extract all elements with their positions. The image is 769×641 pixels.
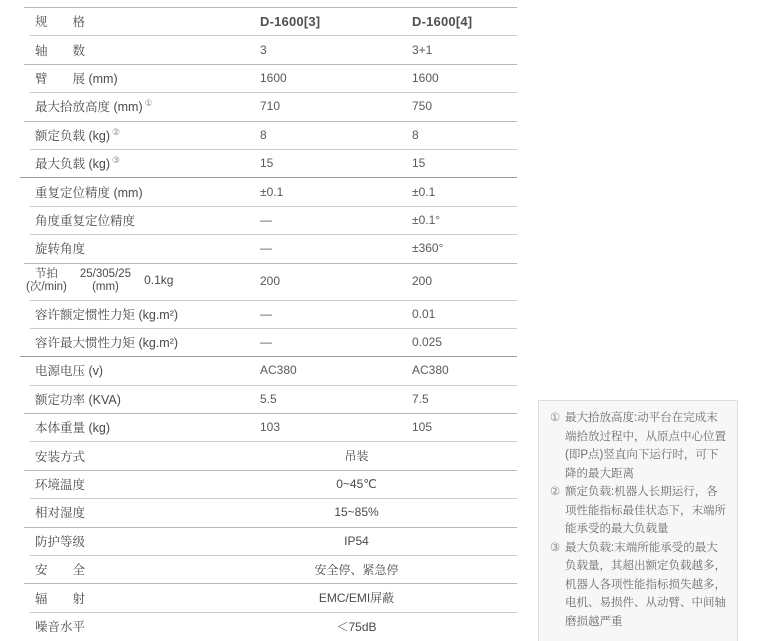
spec-shared-value: 0~45℃ <box>228 477 485 491</box>
spec-row: 本体重量 (kg)103105 <box>20 413 517 441</box>
cycle-rate-unit: 节拍(次/min) <box>26 268 67 295</box>
cycle-path-unit-label: (mm) <box>92 281 119 295</box>
spec-value-col2: 0.01 <box>412 307 517 321</box>
spec-value-col1: — <box>260 241 412 255</box>
spec-label-text: 相对湿度 <box>35 506 85 520</box>
spec-label-text: 防护等级 <box>35 535 85 549</box>
spec-value-col1: 5.5 <box>260 392 412 406</box>
spec-label-text: 安 全 <box>35 563 85 577</box>
spec-label: 噪音水平 <box>20 617 260 635</box>
spec-value-col1: — <box>260 213 412 227</box>
spec-label: 重复定位精度 (mm) <box>20 183 260 201</box>
spec-label: 规 格 <box>20 12 260 30</box>
spec-row: 容许最大惯性力矩 (kg.m²)—0.025 <box>20 328 517 356</box>
spec-label-text: 噪音水平 <box>35 620 85 634</box>
spec-value-col2: AC380 <box>412 363 517 377</box>
spec-row: 安 全安全停、紧急停 <box>20 555 517 583</box>
spec-label: 臂 展 (mm) <box>20 69 260 87</box>
footnote-text: 最大拾放高度:动平台在完成末端拾放过程中，从原点中心位置(即P点)竖直向下运行时… <box>565 409 729 483</box>
spec-value-col1: AC380 <box>260 363 412 377</box>
spec-row: 重复定位精度 (mm)±0.1±0.1 <box>20 177 517 205</box>
spec-label-text: 额定负载 (kg) <box>35 129 110 143</box>
footnote-number-icon: ② <box>545 483 565 539</box>
spec-value-col1: 103 <box>260 420 412 434</box>
spec-value-col2: 200 <box>412 274 517 288</box>
spec-label-text: 辐 射 <box>35 592 85 606</box>
spec-value-col1: 3 <box>260 43 412 57</box>
spec-label-text: 额定功率 (KVA) <box>35 393 121 407</box>
spec-label: 最大负载 (kg)③ <box>20 154 260 172</box>
spec-value-col2: 0.025 <box>412 335 517 349</box>
spec-label-text: 臂 展 (mm) <box>35 72 118 86</box>
spec-label: 容许最大惯性力矩 (kg.m²) <box>20 333 260 351</box>
spec-row: 噪音水平＜75dB <box>20 612 517 640</box>
footnote-number-icon: ③ <box>545 539 565 632</box>
model-name-col2: D-1600[4] <box>412 14 517 29</box>
spec-value-col1: 15 <box>260 156 412 170</box>
cycle-rate-label: 节拍 <box>35 268 58 282</box>
spec-label-text: 容许最大惯性力矩 (kg.m²) <box>35 336 178 350</box>
spec-value-col2: 7.5 <box>412 392 517 406</box>
spec-label: 安 全 <box>20 560 260 578</box>
spec-value-col2: 750 <box>412 99 517 113</box>
spec-label-text: 本体重量 (kg) <box>35 421 110 435</box>
spec-row: 防护等级IP54 <box>20 527 517 555</box>
spec-row: 额定负载 (kg)②88 <box>20 121 517 149</box>
spec-row: 旋转角度—±360° <box>20 234 517 262</box>
spec-row: 节拍(次/min)25/305/25(mm)0.1kg200200 <box>20 263 517 300</box>
spec-value-col1: 710 <box>260 99 412 113</box>
footnote-ref-icon: ② <box>112 127 120 137</box>
model-name-col1: D-1600[3] <box>260 14 412 29</box>
spec-label-text: 重复定位精度 (mm) <box>35 186 143 200</box>
cycle-path-label: 25/305/25 <box>80 268 131 282</box>
footnote-text: 额定负载:机器人长期运行，各项性能指标最佳状态下，末端所能承受的最大负载量 <box>565 483 729 539</box>
footnote-text: 最大负载:末端所能承受的最大负载量，其超出额定负载越多，机器人各项性能指标损失越… <box>565 539 729 632</box>
spec-row: 臂 展 (mm)16001600 <box>20 64 517 92</box>
spec-value-col1: ±0.1 <box>260 185 412 199</box>
cycle-payload-label: 0.1kg <box>144 274 173 288</box>
spec-value-col2: 105 <box>412 420 517 434</box>
spec-value-col2: 1600 <box>412 71 517 85</box>
spec-label: 最大拾放高度 (mm)① <box>20 97 260 115</box>
spec-label-text: 最大拾放高度 (mm) <box>35 100 143 114</box>
spec-label: 安装方式 <box>20 447 260 465</box>
spec-shared-value: 安全停、紧急停 <box>228 561 485 578</box>
spec-row: 最大拾放高度 (mm)①710750 <box>20 92 517 120</box>
spec-label-text: 最大负载 (kg) <box>35 157 110 171</box>
spec-label: 本体重量 (kg) <box>20 418 260 436</box>
spec-value-col2: ±360° <box>412 241 517 255</box>
spec-row: 容许额定惯性力矩 (kg.m²)—0.01 <box>20 300 517 328</box>
spec-row: 角度重复定位精度—±0.1° <box>20 206 517 234</box>
spec-row: 额定功率 (KVA)5.57.5 <box>20 385 517 413</box>
spec-row: 电源电压 (v)AC380AC380 <box>20 356 517 384</box>
spec-value-col1: 200 <box>260 274 412 288</box>
spec-row: 辐 射EMC/EMI屏蔽 <box>20 583 517 611</box>
spec-value-col2: ±0.1 <box>412 185 517 199</box>
spec-label-text: 环境温度 <box>35 478 85 492</box>
spec-value-col1: — <box>260 335 412 349</box>
spec-table: 规 格D-1600[3]D-1600[4]轴 数33+1臂 展 (mm)1600… <box>20 7 517 640</box>
spec-shared-value: IP54 <box>228 534 485 548</box>
spec-label-cycle-time: 节拍(次/min)25/305/25(mm)0.1kg <box>20 268 260 295</box>
spec-label-text: 旋转角度 <box>35 242 85 256</box>
footnote-item: ③最大负载:末端所能承受的最大负载量，其超出额定负载越多，机器人各项性能指标损失… <box>545 539 729 632</box>
spec-label-text: 角度重复定位精度 <box>35 214 135 228</box>
spec-label: 容许额定惯性力矩 (kg.m²) <box>20 305 260 323</box>
footnotes-box: ①最大拾放高度:动平台在完成末端拾放过程中，从原点中心位置(即P点)竖直向下运行… <box>538 400 738 641</box>
spec-value-col2: 15 <box>412 156 517 170</box>
spec-label: 辐 射 <box>20 589 260 607</box>
footnote-ref-icon: ① <box>145 98 153 108</box>
spec-label: 电源电压 (v) <box>20 361 260 379</box>
spec-row: 轴 数33+1 <box>20 35 517 63</box>
spec-value-col2: 8 <box>412 128 517 142</box>
spec-header-row: 规 格D-1600[3]D-1600[4] <box>20 7 517 35</box>
spec-shared-value: EMC/EMI屏蔽 <box>228 589 485 606</box>
spec-row: 环境温度0~45℃ <box>20 470 517 498</box>
footnote-number-icon: ① <box>545 409 565 483</box>
footnote-item: ①最大拾放高度:动平台在完成末端拾放过程中，从原点中心位置(即P点)竖直向下运行… <box>545 409 729 483</box>
spec-row: 安装方式吊装 <box>20 441 517 469</box>
cycle-path-unit: 25/305/25(mm) <box>80 268 131 295</box>
spec-label: 额定负载 (kg)② <box>20 126 260 144</box>
spec-value-col1: 1600 <box>260 71 412 85</box>
spec-label-text: 电源电压 (v) <box>35 364 103 378</box>
spec-label: 防护等级 <box>20 532 260 550</box>
spec-value-col1: 8 <box>260 128 412 142</box>
spec-label-text: 容许额定惯性力矩 (kg.m²) <box>35 308 178 322</box>
spec-label: 轴 数 <box>20 41 260 59</box>
spec-shared-value: 15~85% <box>228 505 485 519</box>
spec-row: 最大负载 (kg)③1515 <box>20 149 517 177</box>
spec-value-col2: 3+1 <box>412 43 517 57</box>
spec-label: 旋转角度 <box>20 239 260 257</box>
spec-value-col1: — <box>260 307 412 321</box>
spec-label-text: 安装方式 <box>35 450 85 464</box>
spec-label: 额定功率 (KVA) <box>20 390 260 408</box>
spec-row: 相对湿度15~85% <box>20 498 517 526</box>
footnote-item: ②额定负载:机器人长期运行，各项性能指标最佳状态下，末端所能承受的最大负载量 <box>545 483 729 539</box>
spec-shared-value: ＜75dB <box>228 618 485 635</box>
spec-label: 相对湿度 <box>20 503 260 521</box>
cycle-rate-unit-label: (次/min) <box>26 281 67 295</box>
spec-label-text: 规 格 <box>35 15 85 29</box>
spec-label: 环境温度 <box>20 475 260 493</box>
spec-shared-value: 吊装 <box>228 447 485 464</box>
footnote-ref-icon: ③ <box>112 155 120 165</box>
spec-value-col2: ±0.1° <box>412 213 517 227</box>
spec-label: 角度重复定位精度 <box>20 211 260 229</box>
spec-label-text: 轴 数 <box>35 44 85 58</box>
